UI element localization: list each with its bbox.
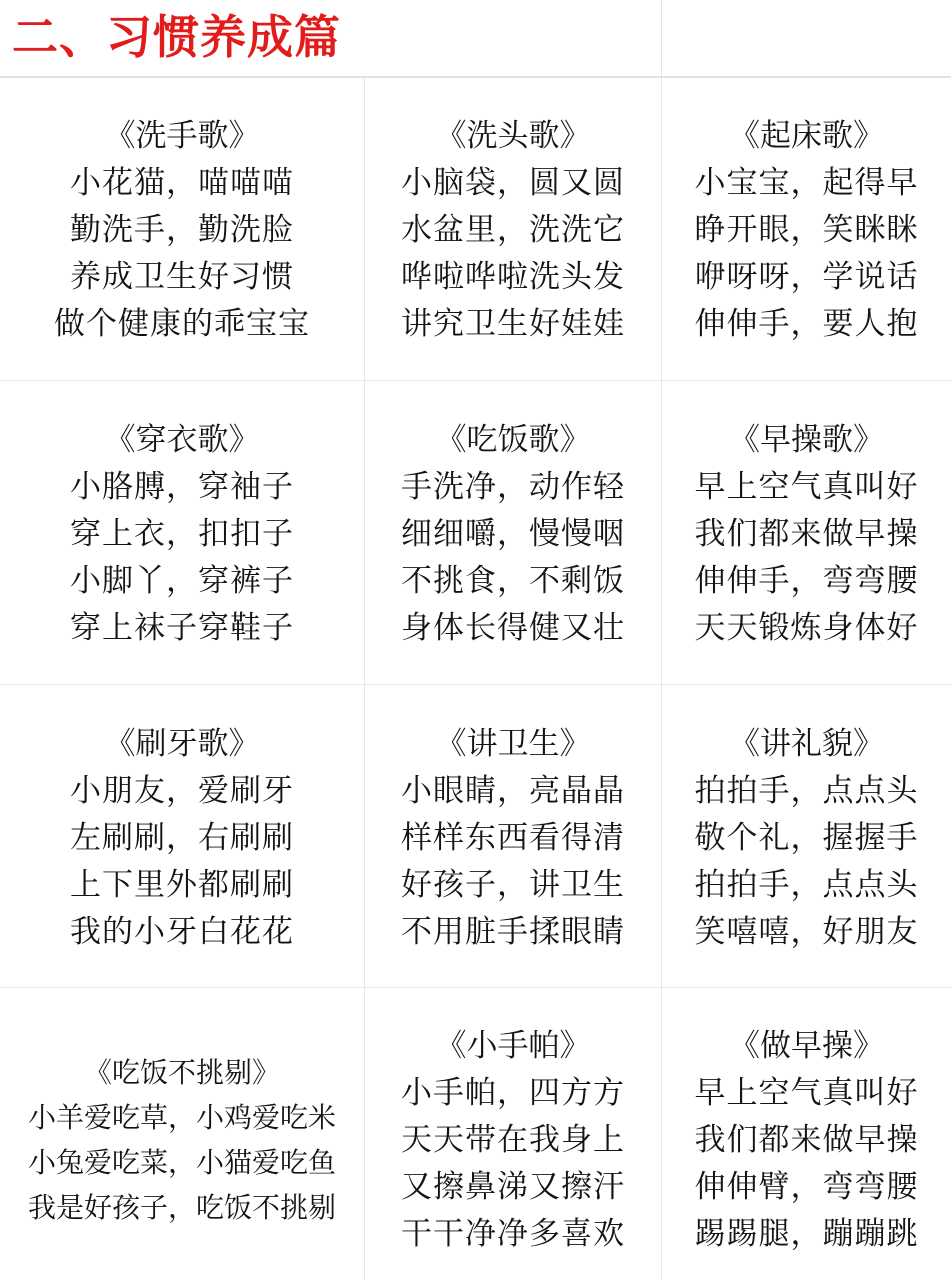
song-line: 勤洗手，勤洗脸 xyxy=(70,207,294,254)
song-line: 小眼睛，亮晶晶 xyxy=(401,768,625,815)
song-line: 伸伸手，弯弯腰 xyxy=(695,558,919,605)
song-line: 早上空气真叫好 xyxy=(695,1070,919,1117)
song-line: 细细嚼，慢慢咽 xyxy=(401,511,625,558)
song-line: 养成卫生好习惯 xyxy=(70,254,294,301)
divider xyxy=(0,76,951,78)
song-line: 小宝宝，起得早 xyxy=(695,160,919,207)
song-line: 伸伸臂，弯弯腰 xyxy=(695,1164,919,1211)
song-cell-brushing-teeth: 《刷牙歌》 小朋友，爱刷牙 左刷刷，右刷刷 上下里外都刷刷 我的小牙白花花 xyxy=(0,697,364,979)
song-cell-hygiene: 《讲卫生》 小眼睛，亮晶晶 样样东西看得清 好孩子，讲卫生 不用脏手揉眼睛 xyxy=(365,697,661,979)
song-cell-dressing: 《穿衣歌》 小胳膊，穿袖子 穿上衣，扣扣子 小脚丫，穿裤子 穿上袜子穿鞋子 xyxy=(0,393,364,675)
song-line: 小兔爱吃菜，小猫爱吃鱼 xyxy=(28,1140,336,1185)
song-line: 天天带在我身上 xyxy=(401,1117,625,1164)
song-line: 小朋友，爱刷牙 xyxy=(70,768,294,815)
song-line: 样样东西看得清 xyxy=(401,815,625,862)
song-line: 小脑袋，圆又圆 xyxy=(401,160,625,207)
divider xyxy=(661,0,662,77)
song-line: 不挑食，不剩饭 xyxy=(401,558,625,605)
song-title: 《讲礼貌》 xyxy=(729,721,884,768)
song-cell-doing-exercises: 《做早操》 早上空气真叫好 我们都来做早操 伸伸臂，弯弯腰 踢踢腿，蹦蹦跳 xyxy=(662,1000,951,1280)
song-line: 咿呀呀，学说话 xyxy=(695,254,919,301)
song-line: 好孩子，讲卫生 xyxy=(401,862,625,909)
song-line: 穿上衣，扣扣子 xyxy=(70,511,294,558)
song-cell-hairwashing: 《洗头歌》 小脑袋，圆又圆 水盆里，洗洗它 哗啦哗啦洗头发 讲究卫生好娃娃 xyxy=(365,90,661,370)
song-line: 小花猫，喵喵喵 xyxy=(70,160,294,207)
song-line: 天天锻炼身体好 xyxy=(695,605,919,652)
song-line: 手洗净，动作轻 xyxy=(401,464,625,511)
song-cell-handkerchief: 《小手帕》 小手帕，四方方 天天带在我身上 又擦鼻涕又擦汗 干干净净多喜欢 xyxy=(365,1000,661,1280)
song-line: 小羊爱吃草，小鸡爱吃米 xyxy=(28,1095,336,1140)
song-cell-not-picky: 《吃饭不挑剔》 小羊爱吃草，小鸡爱吃米 小兔爱吃菜，小猫爱吃鱼 我是好孩子，吃饭… xyxy=(0,1000,364,1280)
song-line: 不用脏手揉眼睛 xyxy=(401,909,625,956)
song-title: 《吃饭不挑剔》 xyxy=(84,1050,280,1095)
song-line: 拍拍手，点点头 xyxy=(695,768,919,815)
song-line: 小手帕，四方方 xyxy=(401,1070,625,1117)
song-line: 上下里外都刷刷 xyxy=(70,862,294,909)
song-line: 做个健康的乖宝宝 xyxy=(54,301,310,348)
song-line: 睁开眼，笑眯眯 xyxy=(695,207,919,254)
song-line: 干干净净多喜欢 xyxy=(401,1211,625,1258)
song-line: 又擦鼻涕又擦汗 xyxy=(401,1164,625,1211)
song-line: 我的小牙白花花 xyxy=(70,909,294,956)
row-divider xyxy=(0,684,951,685)
song-title: 《洗头歌》 xyxy=(436,113,591,160)
row-divider xyxy=(0,987,951,988)
song-line: 穿上袜子穿鞋子 xyxy=(70,605,294,652)
song-cell-handwashing: 《洗手歌》 小花猫，喵喵喵 勤洗手，勤洗脸 养成卫生好习惯 做个健康的乖宝宝 xyxy=(0,90,364,370)
song-title: 《小手帕》 xyxy=(436,1023,591,1070)
song-line: 左刷刷，右刷刷 xyxy=(70,815,294,862)
song-cell-morning-exercise: 《早操歌》 早上空气真叫好 我们都来做早操 伸伸手，弯弯腰 天天锻炼身体好 xyxy=(662,393,951,675)
song-title: 《吃饭歌》 xyxy=(436,417,591,464)
song-line: 早上空气真叫好 xyxy=(695,464,919,511)
song-line: 讲究卫生好娃娃 xyxy=(401,301,625,348)
song-line: 笑嘻嘻，好朋友 xyxy=(695,909,919,956)
song-line: 小胳膊，穿袖子 xyxy=(70,464,294,511)
song-title: 《做早操》 xyxy=(729,1023,884,1070)
song-line: 我是好孩子，吃饭不挑剔 xyxy=(28,1185,336,1230)
song-line: 哗啦哗啦洗头发 xyxy=(401,254,625,301)
song-line: 拍拍手，点点头 xyxy=(695,862,919,909)
song-title: 《起床歌》 xyxy=(729,113,884,160)
section-header: 二、习惯养成篇 xyxy=(0,0,951,77)
song-title: 《刷牙歌》 xyxy=(105,721,260,768)
song-line: 踢踢腿，蹦蹦跳 xyxy=(695,1211,919,1258)
song-line: 伸伸手，要人抱 xyxy=(695,301,919,348)
row-divider xyxy=(0,380,951,381)
song-title: 《洗手歌》 xyxy=(105,113,260,160)
song-cell-eating: 《吃饭歌》 手洗净，动作轻 细细嚼，慢慢咽 不挑食，不剩饭 身体长得健又壮 xyxy=(365,393,661,675)
section-title: 二、习惯养成篇 xyxy=(12,6,341,68)
song-line: 我们都来做早操 xyxy=(695,1117,919,1164)
song-title: 《早操歌》 xyxy=(729,417,884,464)
song-line: 身体长得健又壮 xyxy=(401,605,625,652)
song-title: 《穿衣歌》 xyxy=(105,417,260,464)
song-line: 小脚丫，穿裤子 xyxy=(70,558,294,605)
song-line: 我们都来做早操 xyxy=(695,511,919,558)
song-cell-politeness: 《讲礼貌》 拍拍手，点点头 敬个礼，握握手 拍拍手，点点头 笑嘻嘻，好朋友 xyxy=(662,697,951,979)
song-title: 《讲卫生》 xyxy=(436,721,591,768)
song-line: 水盆里，洗洗它 xyxy=(401,207,625,254)
song-cell-waking-up: 《起床歌》 小宝宝，起得早 睁开眼，笑眯眯 咿呀呀，学说话 伸伸手，要人抱 xyxy=(662,90,951,370)
song-line: 敬个礼，握握手 xyxy=(695,815,919,862)
